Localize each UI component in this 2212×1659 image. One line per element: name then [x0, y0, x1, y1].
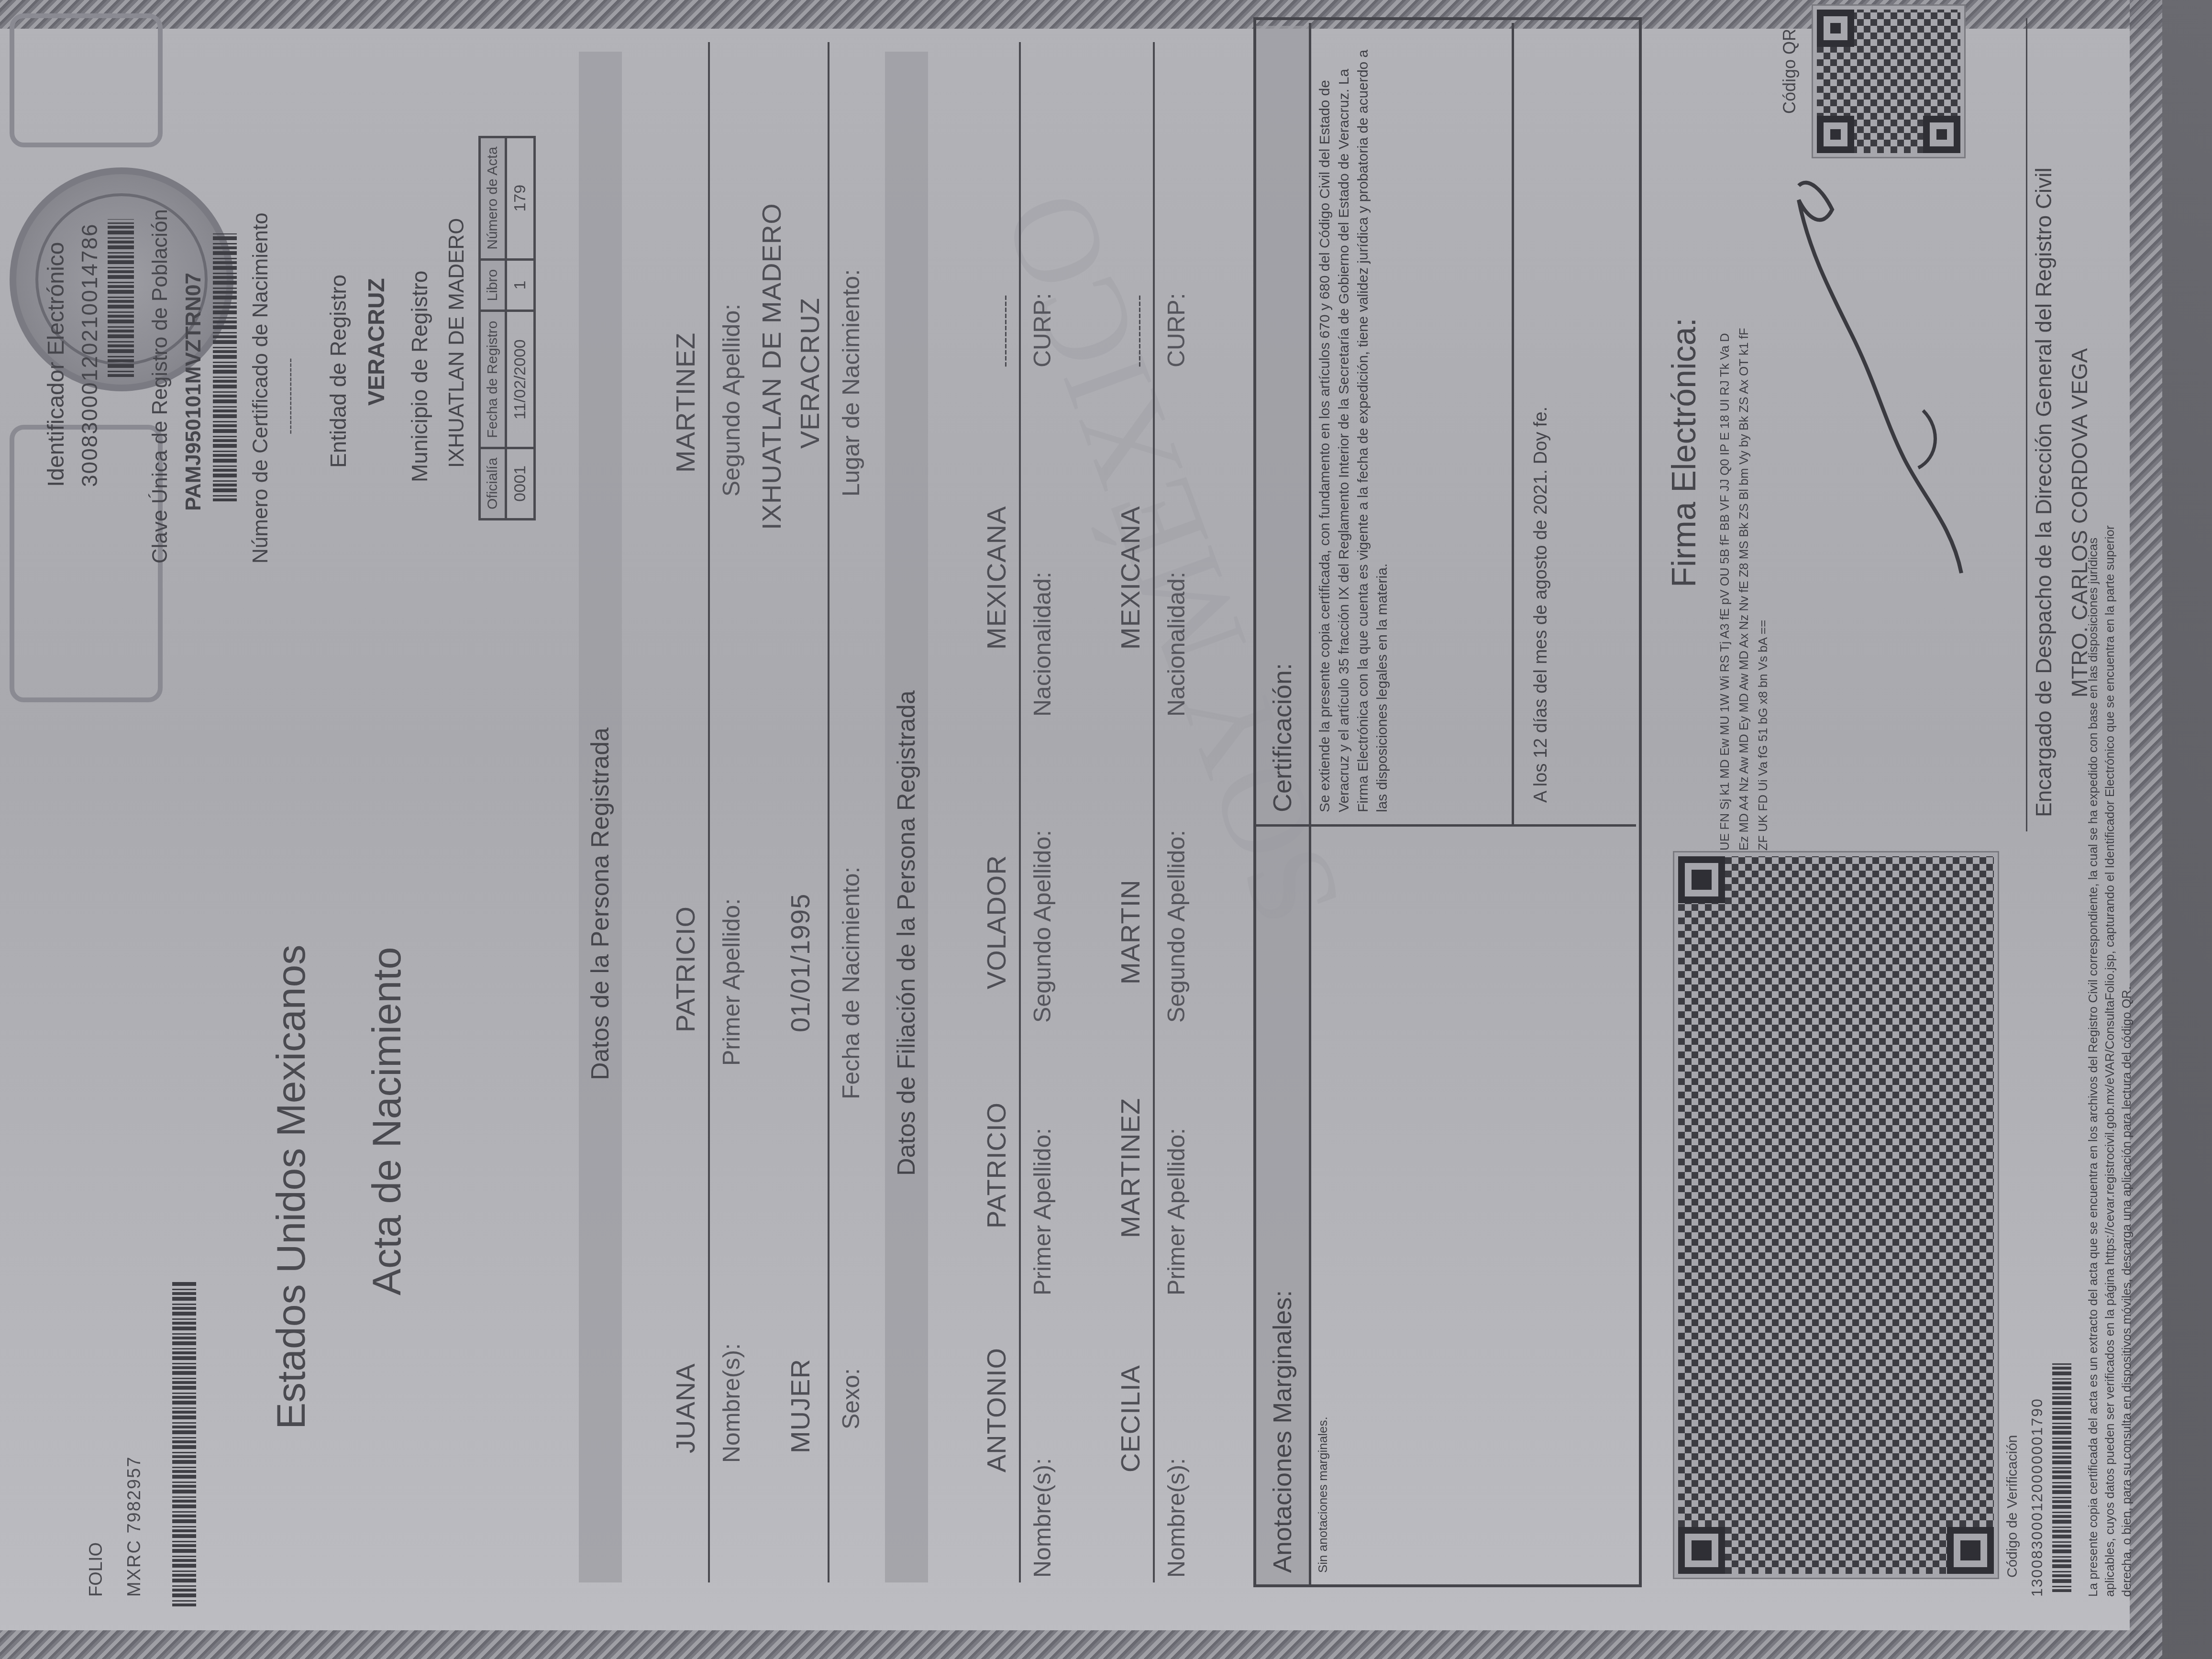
firma-hash-line-1: UE FN Sj k1 MD Ew MU 1W Wi RS Tj A3 fE p…: [1717, 333, 1732, 851]
entidad-value: VERACRUZ: [364, 278, 390, 406]
cell-fecha-registro: 11/02/2000: [506, 311, 535, 448]
verificacion-value: 130083000120000001790: [2028, 1398, 2046, 1597]
divider: [1153, 42, 1155, 1582]
small-qr-code: [1813, 6, 1964, 157]
firma-label: Firma Electrónica:: [1665, 318, 1703, 587]
persona-segundo-apellido: MARTINEZ: [670, 332, 701, 473]
folio-label: FOLIO: [86, 1542, 107, 1597]
filiacion-section-title: Datos de Filiación de la Persona Registr…: [892, 690, 921, 1176]
certificacion-divider: [1512, 23, 1514, 827]
anotaciones-certificacion-box: [1253, 17, 1642, 1587]
document-title: Acta de Nacimiento: [364, 947, 410, 1295]
footer-line-2: aplicables, cuyos datos pueden ser verif…: [2102, 525, 2117, 1597]
curp-value: PAMJ950101MVZTRN07: [182, 273, 206, 511]
certificado-label: Número de Certificado de Nacimiento: [249, 212, 273, 564]
persona-primer-apellido: PATRICIO: [670, 906, 701, 1032]
certificacion-label: Certificación:: [1268, 663, 1297, 812]
certificacion-text: Se extiende la presente copia certificad…: [1316, 37, 1392, 812]
lugar-nac-label: Lugar de Nacimiento:: [837, 269, 865, 497]
cell-libro: 1: [506, 259, 535, 311]
verificacion-barcode: [2052, 1362, 2071, 1592]
handwritten-signature-icon: [1780, 152, 1980, 583]
certificacion-fecha: A los 12 días del mes de agosto de 2021.…: [1531, 407, 1551, 803]
nombre-label: Nombre(s):: [718, 1343, 745, 1463]
guilloche-border-left: [0, 1630, 2162, 1659]
padre-primer-apellido-label: Primer Apellido:: [1029, 1128, 1056, 1295]
header-oficialia: Oficialía: [480, 448, 506, 519]
decorative-fret-right: [10, 13, 163, 147]
municipio-value: IXHUATLAN DE MADERO: [445, 218, 469, 468]
footer-line-3: derecha, o bien, para su consulta en dis…: [2119, 986, 2134, 1597]
registro-table: Oficialía Fecha de Registro Libro Número…: [478, 136, 536, 520]
curp-barcode: [213, 233, 237, 501]
curp-label: Clave Única de Registro de Población: [148, 209, 172, 564]
padre-nombre: ANTONIO: [981, 1348, 1012, 1472]
padre-nombre-label: Nombre(s):: [1029, 1458, 1056, 1578]
persona-nombre: JUANA: [670, 1363, 701, 1453]
verificacion-label: Código de Verificación: [2004, 1435, 2021, 1578]
cell-numero-acta: 179: [506, 137, 535, 259]
padre-curp: ------------: [995, 295, 1016, 367]
divider: [708, 42, 710, 1582]
madre-nacionalidad: MEXICANA: [1115, 506, 1146, 650]
box-column-divider: [1253, 824, 1636, 827]
padre-segundo-apellido-label: Segundo Apellido:: [1029, 830, 1056, 1023]
persona-sexo: MUJER: [785, 1359, 816, 1453]
madre-nacionalidad-label: Nacionalidad:: [1162, 572, 1190, 717]
firma-hash-line-2: Ez MD A4 Nz Aw MD Ey MD Aw MD Ax Nz Nv f…: [1736, 328, 1751, 851]
padre-segundo-apellido: VOLADOR: [981, 855, 1012, 989]
identificador-label: Identificador Electrónico: [43, 242, 69, 487]
folio-value: MXRC 7982957: [124, 1456, 145, 1597]
padre-nacionalidad-label: Nacionalidad:: [1029, 572, 1056, 717]
padre-curp-label: CURP:: [1029, 293, 1056, 367]
country-title: Estados Unidos Mexicanos: [268, 945, 314, 1429]
certificado-value: ----------------: [282, 358, 299, 434]
madre-curp: ------------: [1129, 295, 1150, 367]
fecha-nac-label: Fecha de Nacimiento:: [837, 867, 865, 1099]
large-qr-code: [1674, 852, 1998, 1578]
anotaciones-text: Sin anotaciones marginales.: [1316, 1416, 1330, 1573]
divider: [1019, 42, 1021, 1582]
madre-primer-apellido-label: Primer Apellido:: [1162, 1128, 1190, 1295]
header-fecha-registro: Fecha de Registro: [480, 311, 506, 448]
madre-nombre-label: Nombre(s):: [1162, 1458, 1190, 1578]
folio-barcode: [172, 1281, 196, 1606]
padre-primer-apellido: PATRICIO: [981, 1102, 1012, 1228]
madre-segundo-apellido-label: Segundo Apellido:: [1162, 830, 1190, 1023]
box-header-divider: [1309, 23, 1311, 1587]
cell-oficialia: 0001: [506, 448, 535, 519]
signature-line: [2026, 18, 2027, 831]
madre-primer-apellido: MARTINEZ: [1115, 1098, 1146, 1238]
guilloche-border-bottom: [2130, 0, 2162, 1659]
padre-nacionalidad: MEXICANA: [981, 506, 1012, 650]
qr-label: Código QR: [1780, 29, 1800, 114]
primer-apellido-label: Primer Apellido:: [718, 898, 745, 1066]
entidad-label: Entidad de Registro: [325, 275, 351, 468]
sexo-label: Sexo:: [837, 1368, 865, 1429]
madre-segundo-apellido: MARTIN: [1115, 879, 1146, 984]
birth-certificate-page: SOY MÉXICO FOLIO MXRC 7982957 Estados Un…: [0, 0, 2162, 1659]
anotaciones-label: Anotaciones Marginales:: [1268, 1290, 1297, 1573]
segundo-apellido-label: Segundo Apellido:: [718, 304, 745, 497]
firma-cargo: Encargado de Despacho de la Dirección Ge…: [2031, 167, 2057, 817]
footer-line-1: La presente copia certificada del acta e…: [2086, 538, 2101, 1597]
madre-curp-label: CURP:: [1162, 293, 1190, 367]
firma-hash-line-3: ZF UK FD Ui Va fG 51 bG x8 bn Vs bA ==: [1756, 620, 1770, 851]
persona-fecha-nac: 01/01/1995: [785, 894, 816, 1032]
identificador-barcode: [108, 219, 134, 377]
identificador-value: 30083000120210014786: [77, 223, 102, 487]
header-libro: Libro: [480, 259, 506, 311]
header-numero-acta: Número de Acta: [480, 137, 506, 259]
persona-section-title: Datos de la Persona Registrada: [586, 728, 615, 1080]
persona-lugar-estado: VERACRUZ: [794, 298, 825, 449]
municipio-label: Municipio de Registro: [407, 271, 432, 482]
persona-lugar-municipio: IXHUATLAN DE MADERO: [756, 203, 787, 530]
madre-nombre: CECILIA: [1115, 1365, 1146, 1472]
divider: [828, 42, 829, 1582]
